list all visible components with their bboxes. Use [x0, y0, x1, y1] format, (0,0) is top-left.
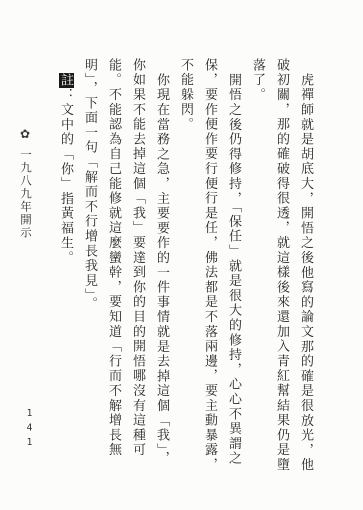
chapter-header: ✿一九八九年開示 — [17, 127, 33, 240]
flower-ornament-icon: ✿ — [18, 127, 32, 143]
note-paragraph: 註：文中的「你」指黃福生。 — [54, 58, 78, 478]
paragraph-2: 開悟之後仍得修持，「保任」就是很大的修持，心心不異謂之保，要作便作要行便行是任，… — [174, 58, 246, 478]
paragraph-3: 你現在當務之急，主要要作的一件事情就是去掉這個「我」，你如果不能去掉這個「我」要… — [78, 58, 174, 478]
paragraph-1: 虎禪師就是胡底大，開悟之後他寫的論文那的確是很放光，他破初關，那的確破得很透，就… — [246, 58, 318, 478]
main-text-block: 虎禪師就是胡底大，開悟之後他寫的論文那的確是很放光，他破初關，那的確破得很透，就… — [54, 58, 318, 478]
chapter-title: 一九八九年開示 — [19, 149, 31, 240]
page-number: 141 — [24, 408, 35, 452]
note-marker-box: 註 — [59, 73, 74, 88]
book-page: 虎禪師就是胡底大，開悟之後他寫的論文那的確是很放光，他破初關，那的確破得很透，就… — [0, 0, 363, 510]
note-text: ：文中的「你」指黃福生。 — [59, 88, 74, 266]
